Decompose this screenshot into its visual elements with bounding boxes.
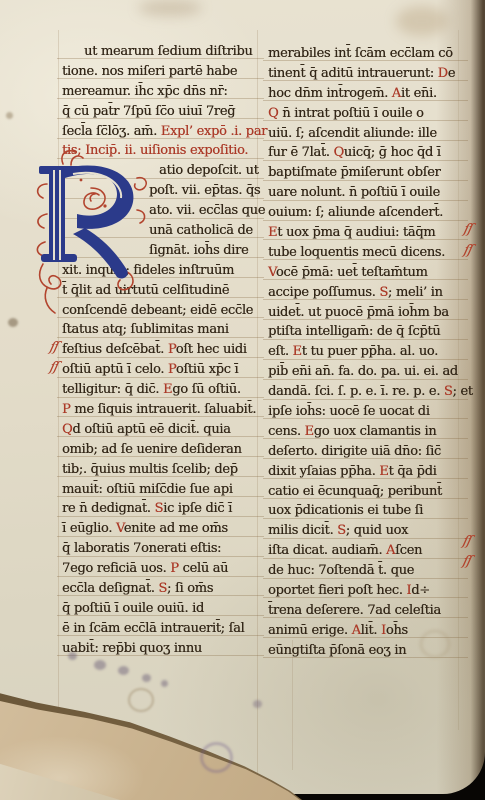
ink-text: milis dicit̄. [268,523,337,538]
ink-text: e [448,66,455,81]
text-line: tione. nos miſeri partē habe [62,62,256,82]
ink-text: merabiles int̄ ſcām ecc̄lam cō [268,46,453,61]
rubric-text: P [168,342,176,357]
rubric-text: S [337,523,346,538]
mold-spot [253,700,262,708]
ink-text: me ſiquis intrauerit. ſaluabit̄. [70,402,256,417]
ink-text: accipe poſſumus. [268,285,379,300]
ink-text: mereamur. ih̄c xp̄c dn̄s nr̄: [62,84,227,99]
ruling-line-center [257,30,258,775]
ink-text: d oſtiū aptū eē dicit̄. quia [72,422,230,437]
text-line: accipe poſſumus. S; meli’ in [268,283,460,303]
ink-text: uare nolunt. n̄ poſtiū ī ouile [268,185,440,200]
text-line: ipſe ioh̄s: uocē ſe uocat di [268,402,460,422]
rubric-text: E [163,382,172,397]
ink-text: oſtiū aptū ī celo. [62,362,168,377]
rubric-text: E [293,344,302,359]
ink-text: t uox p̄ma q̄ audiui: tāq̄m [277,225,435,240]
text-line: Qd oſtiū aptū eē dicit̄. quia [62,420,256,440]
ink-text: hoc dn̄m int̄rogem̄. [268,86,392,101]
text-line: mereamur. ih̄c xp̄c dn̄s nr̄: [62,82,256,102]
rubric-text: V [116,521,124,536]
text-line: uiū. ſ; aſcendit aliunde: ille [268,124,460,144]
ink-text: go ſū oſtiū. [172,382,241,397]
text-line: t̄rena deſerere. 7ad celeſtia [268,601,460,621]
ink-text: enite ad me om̄s [124,521,228,536]
ink-text: ī eūglio. [62,521,116,536]
stain-ring [420,630,450,658]
text-line: baptiſmate p̄miſerunt obſer [268,163,460,183]
mold-spot [142,674,151,682]
text-line: ouium: ſ; aliunde aſcendert̄. [268,203,460,223]
rubric-text: E [304,424,313,439]
text-line: dandā. ſci. ſ. p. e. ī. re. p. e. S; et [268,382,460,402]
mold-spot [161,680,168,687]
ink-text: ; meli’ in [388,285,443,300]
stain-dot [8,318,18,327]
mold-spot [118,666,129,675]
ink-text: 7ego reficiā uos. [62,561,170,576]
text-line: ē in ſcām ecc̄lā intrauerit̄; ſal [62,619,256,639]
text-line: uox p̄dicationis ei tube ſi [268,501,460,521]
ink-text: ic ipſe dic̄ ī [163,501,232,516]
rubric-text: Q [62,422,72,437]
text-line: Vocē p̄mā: uet̄ teſtam̄tum [268,263,460,283]
ink-text: mauit̄: oſtiū miſc̄die ſue api [62,482,233,497]
ink-text: dixit yſaias pp̄ha. [268,464,379,479]
text-line: de huc: 7oſtendā t̄. que [268,561,460,581]
ink-text: ſecl̄a ſc̄lōʒ. am̄. [62,124,161,139]
ink-text: feſtius deſcēbat̄. [62,342,168,357]
ink-text: tube loquentis mecū dicens. [268,245,445,260]
text-line: Et uox p̄ma q̄ audiui: tāq̄m [268,223,460,243]
text-line: telligitur: q̄ dic̄. Ego ſū oſtiū. [62,380,256,400]
ink-text: eūngtiſta p̄ſonā eoʒ in [268,643,406,658]
ink-text: dandā. ſci. ſ. p. e. ī. re. p. e. [268,384,444,399]
text-line: hoc dn̄m int̄rogem̄. Ait en̄i. [268,84,460,104]
ink-text: animū erige. [268,623,352,638]
rubric-text: S [154,501,163,516]
ink-text: de huc: 7oſtendā t̄. que [268,563,414,578]
text-line: tube loquentis mecū dicens. [268,243,460,263]
rubric-text: P [170,561,178,576]
ink-text: catio ei ēcunquaq̄; peribunt̄ [268,484,442,499]
text-line: tinent̄ q̄ aditū intrauerunt: De [268,64,460,84]
text-line: fur ē 7lat̄. Quicq̄; ḡ hoc q̄d ī [268,143,460,163]
text-line: milis dicit̄. S; quid uox [268,521,460,541]
ink-text: ocē p̄mā: uet̄ teſtam̄tum [276,265,428,280]
text-line: uabit̄: rep̄bi quoʒ innu [62,639,256,659]
ink-text: ipſe ioh̄s: uocē ſe uocat di [268,404,430,419]
ink-text: cens. [268,424,304,439]
ink-text: poſt. vii. ep̄tas. q̄s [149,183,260,198]
ink-text: iſta dicat. audiam̄. [268,543,386,558]
ink-text: t q̄a p̄di [388,464,436,479]
rubric-text: Q [333,145,343,160]
ink-text: ſignāt. ioh̄s dire [149,243,248,258]
text-line: omib; ad ſe uenire deſideran [62,440,256,460]
text-line: Q n̄ intrat poſtiū ī ouile o [268,104,460,124]
rubric-text: D [438,66,448,81]
ink-text: ſcen [395,543,422,558]
ink-text: tinent̄ q̄ aditū intrauerunt: [268,66,438,81]
ink-text: fur ē 7lat̄. [268,145,333,160]
text-line: pib̄ en̄i an̄. fa. do. pa. ui. ei. ad [268,362,460,382]
ink-text: oſt hec uidi [176,342,247,357]
text-line: uidet̄. ut puocē p̄mā ioh̄m ba [268,303,460,323]
text-line: ſecl̄a ſc̄lōʒ. am̄. Expl’ expō .i. par [62,122,256,142]
ink-text: n̄ intrat poſtiū ī ouile o [278,106,423,121]
ink-text: ut mearum ſedium diſtribu [84,44,252,59]
ink-text: q̄ cū pat̄r 7ſpū ſc̄o uiuī 7reḡ [62,104,235,119]
mold-spot [68,652,77,660]
text-line: ī eūglio. Venite ad me om̄s [62,519,256,539]
rubric-text: E [268,225,277,240]
ink-text: unā catholicā de [149,223,253,238]
ink-text: ; ſi om̄s [167,581,213,596]
rubric-text: Expl’ expō .i. par [161,124,267,139]
text-line: ptiſta intelligam̄: de q̄ ſcp̄tū [268,322,460,342]
ink-text: ecc̄la deſignat̄. [62,581,158,596]
ink-text: ē in ſcām ecc̄lā intrauerit̄; ſal [62,621,244,636]
mold-spot [94,660,106,670]
ink-text: lit̄. [361,623,381,638]
ink-text: uicq̄; ḡ hoc q̄d ī [344,145,441,160]
ink-text: q̄ laboratis 7onerati eſtis: [62,541,221,556]
ink-text: tib;. q̄uius multis ſcelib; dep̄ [62,462,238,477]
text-line: 7ego reficiā uos. P celū aū [62,559,256,579]
text-line: uare nolunt. n̄ poſtiū ī ouile [268,183,460,203]
ink-text: q̄ poſtiū ī ouile ouiū. id [62,601,204,616]
ink-text: t tu puer pp̄ha. al. uo. [302,344,438,359]
ink-text: pib̄ en̄i an̄. fa. do. pa. ui. ei. ad [268,364,458,379]
ink-text: go uox clamantis in [314,424,437,439]
ink-text: eſt. [268,344,293,359]
ink-text: d÷ [411,583,430,598]
text-line: deſerto. dirigite uiā dn̄o: ſic̄ [268,442,460,462]
ink-text: ſtatus atq; ſublimitas mani [62,322,229,337]
text-line: ut mearum ſedium diſtribu [62,42,256,62]
text-line: tib;. q̄uius multis ſcelib; dep̄ [62,460,256,480]
ink-text: uox p̄dicationis ei tube ſi [268,503,423,518]
stain-blotch [396,6,448,36]
text-line: mauit̄: oſtiū miſc̄die ſue api [62,480,256,500]
rubric-text: V [268,265,276,280]
ink-text: ; et [452,384,472,399]
text-line: eſt. Et tu puer pp̄ha. al. uo. [268,342,460,362]
text-line: ecc̄la deſignat̄. S; ſi om̄s [62,579,256,599]
ink-text: atio depoſcit. ut [159,163,259,178]
ink-text: telligitur: q̄ dic̄. [62,382,163,397]
col-right: merabiles int̄ ſcām ecc̄lam cōtinent̄ q̄… [268,44,460,661]
ink-text: baptiſmate p̄miſerunt obſer [268,165,440,180]
text-line: re n̄ dedignat̄. Sic ipſe dic̄ ī [62,499,256,519]
ink-text: celū aū [179,561,229,576]
rubric-text: P [168,362,176,377]
text-line: feſtius deſcēbat̄. Poſt hec uidi [62,340,256,360]
rubric-text: S [379,285,388,300]
col-left: ut mearum ſedium diſtributione. nos miſe… [62,42,256,659]
stain-blotch [138,0,202,16]
text-line: cens. Ego uox clamantis in [268,422,460,442]
text-line: catio ei ēcunquaq̄; peribunt̄ [268,482,460,502]
rubric-text: S [158,581,167,596]
rubric-text: A [386,543,395,558]
ink-text: oportet fieri poſt hec. [268,583,406,598]
ink-text: re n̄ dedignat̄. [62,501,154,516]
rubric-text: A [352,623,361,638]
stain-ring [200,742,233,773]
ink-text: oh̄s [386,623,408,638]
ink-text: ouium: ſ; aliunde aſcendert̄. [268,205,443,220]
text-line: ſtatus atq; ſublimitas mani [62,320,256,340]
manuscript-photo: { "colors": { "parchment": "#e3dcc9", "i… [0,0,485,800]
text-line: P me ſiquis intrauerit. ſaluabit̄. [62,400,256,420]
text-line: merabiles int̄ ſcām ecc̄lam cō [268,44,460,64]
text-line: q̄ poſtiū ī ouile ouiū. id [62,599,256,619]
ink-text: omib; ad ſe uenire deſideran [62,442,242,457]
ink-text: oſtiū xp̄c ī [176,362,238,377]
initial-R-drawing [33,150,147,320]
ink-text: deſerto. dirigite uiā dn̄o: ſic̄ [268,444,441,459]
ink-text: uiū. ſ; aſcendit aliunde: ille [268,126,437,141]
ink-text: ptiſta intelligam̄: de q̄ ſcp̄tū [268,324,440,339]
text-line: q̄ cū pat̄r 7ſpū ſc̄o uiuī 7reḡ [62,102,256,122]
stain-ring [128,688,154,712]
stain-dot [6,112,13,119]
rubric-text: A [392,86,401,101]
text-line: q̄ laboratis 7onerati eſtis: [62,539,256,559]
text-line: oſtiū aptū ī celo. Poſtiū xp̄c ī [62,360,256,380]
ink-text: t̄rena deſerere. 7ad celeſtia [268,603,441,618]
ink-text: uidet̄. ut puocē p̄mā ioh̄m ba [268,305,449,320]
ink-text: it en̄i. [401,86,437,101]
rubric-text: Q [268,106,278,121]
illuminated-initial-R: R [33,150,147,320]
ink-text: uabit̄: rep̄bi quoʒ innu [62,641,202,656]
text-line: oportet fieri poſt hec. Id÷ [268,581,460,601]
ink-text: ato. vii. ecc̄las que [149,203,265,218]
text-line: dixit yſaias pp̄ha. Et q̄a p̄di [268,462,460,482]
ruling-line-left [58,30,59,770]
ink-text: tione. nos miſeri partē habe [62,64,237,79]
ink-text: ; quid uox [346,523,408,538]
text-line: iſta dicat. audiam̄. Aſcen [268,541,460,561]
